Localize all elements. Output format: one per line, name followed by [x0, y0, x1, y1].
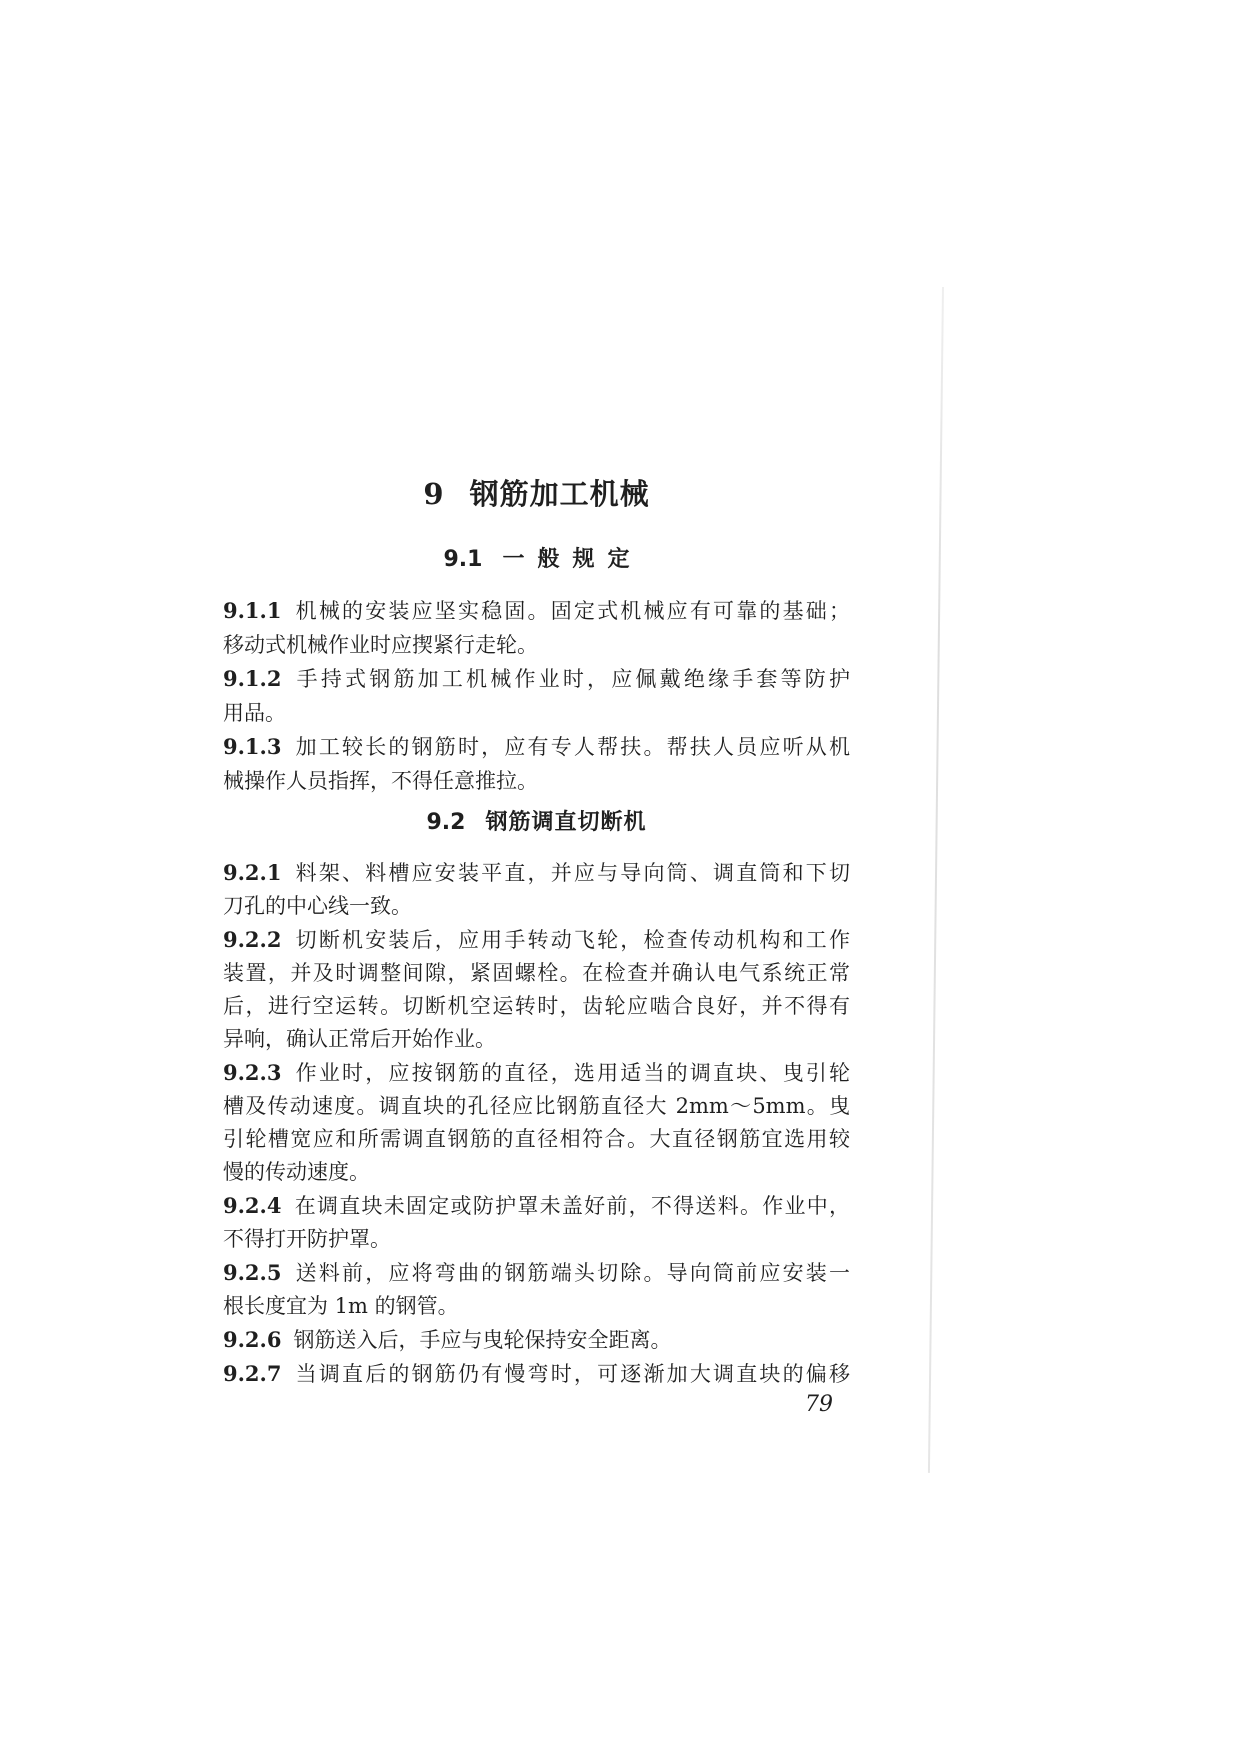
clause-number: 9.2.3: [223, 1060, 281, 1085]
clause-line: 不得打开防护罩。: [223, 1223, 850, 1256]
clause-line: 9.2.4在调直块未固定或防护罩未盖好前，不得送料。作业中，: [223, 1189, 850, 1223]
clause-line: 9.1.1机械的安装应坚实稳固。固定式机械应有可靠的基础；: [223, 594, 850, 628]
clause-line: 根长度宜为 1m 的钢管。: [223, 1290, 850, 1323]
section-9-1-body: 9.1.1机械的安装应坚实稳固。固定式机械应有可靠的基础； 移动式机械作业时应揳…: [223, 594, 850, 798]
clause-line: 9.2.3作业时，应按钢筋的直径，选用适当的调直块、曳引轮: [223, 1056, 850, 1090]
clause-number: 9.1.3: [223, 734, 281, 759]
section-number: 9.2: [427, 810, 466, 835]
clause-text: 料架、料槽应安装平直，并应与导向筒、调直筒和下切: [293, 861, 850, 885]
clause-number: 9.2.4: [223, 1193, 281, 1218]
clause-line: 9.2.1料架、料槽应安装平直，并应与导向筒、调直筒和下切: [223, 856, 850, 890]
section-heading-9-1: 9.1一般规定: [223, 545, 850, 575]
clause-text: 机械的安装应坚实稳固。固定式机械应有可靠的基础；: [293, 599, 850, 623]
clause-line: 异响，确认正常后开始作业。: [223, 1023, 850, 1056]
clause-line: 移动式机械作业时应揳紧行走轮。: [223, 628, 850, 662]
chapter-title: 9钢筋加工机械: [223, 472, 850, 516]
section-heading-9-2: 9.2钢筋调直切断机: [223, 808, 850, 838]
clause-text: 送料前，应将弯曲的钢筋端头切除。导向筒前应安装一: [293, 1261, 850, 1285]
page-number: 79: [763, 1390, 833, 1420]
clause-text: 手持式钢筋加工机械作业时，应佩戴绝缘手套等防护: [293, 667, 850, 691]
clause-line: 引轮槽宽应和所需调直钢筋的直径相符合。大直径钢筋宜选用较: [223, 1123, 850, 1156]
clause-number: 9.2.6: [223, 1327, 281, 1352]
clause-number: 9.1.1: [223, 598, 281, 623]
section-9-2-body: 9.2.1料架、料槽应安装平直，并应与导向筒、调直筒和下切 刀孔的中心线一致。 …: [223, 856, 850, 1391]
clause-line: 9.2.7当调直后的钢筋仍有慢弯时，可逐渐加大调直块的偏移: [223, 1357, 850, 1391]
clause-line: 9.2.5送料前，应将弯曲的钢筋端头切除。导向筒前应安装一: [223, 1256, 850, 1290]
document-page: 9钢筋加工机械 9.1一般规定 9.1.1机械的安装应坚实稳固。固定式机械应有可…: [0, 0, 1240, 1754]
section-title-text: 一般规定: [502, 547, 642, 572]
clause-text: 加工较长的钢筋时，应有专人帮扶。帮扶人员应听从机: [293, 735, 850, 759]
clause-line: 9.2.2切断机安装后，应用手转动飞轮，检查传动机构和工作: [223, 923, 850, 957]
clause-line: 9.1.3加工较长的钢筋时，应有专人帮扶。帮扶人员应听从机: [223, 730, 850, 764]
scan-page-edge-line: [928, 287, 944, 1473]
clause-text: 当调直后的钢筋仍有慢弯时，可逐渐加大调直块的偏移: [293, 1362, 850, 1386]
clause-text: 切断机安装后，应用手转动飞轮，检查传动机构和工作: [293, 928, 850, 952]
clause-number: 9.2.1: [223, 860, 281, 885]
section-number: 9.1: [444, 547, 483, 572]
clause-text: 作业时，应按钢筋的直径，选用适当的调直块、曳引轮: [293, 1061, 850, 1085]
clause-text: 钢筋送入后，手应与曳轮保持安全距离。: [293, 1328, 671, 1352]
clause-line: 后，进行空运转。切断机空运转时，齿轮应啮合良好，并不得有: [223, 990, 850, 1023]
clause-line: 槽及传动速度。调直块的孔径应比钢筋直径大 2mm～5mm。曳: [223, 1090, 850, 1123]
clause-number: 9.2.2: [223, 927, 281, 952]
clause-line: 刀孔的中心线一致。: [223, 890, 850, 923]
clause-text: 在调直块未固定或防护罩未盖好前，不得送料。作业中，: [293, 1194, 850, 1218]
clause-line: 9.2.6钢筋送入后，手应与曳轮保持安全距离。: [223, 1323, 850, 1357]
clause-line: 慢的传动速度。: [223, 1156, 850, 1189]
clause-number: 9.1.2: [223, 666, 281, 691]
clause-number: 9.2.5: [223, 1260, 281, 1285]
clause-line: 械操作人员指挥，不得任意推拉。: [223, 764, 850, 798]
clause-number: 9.2.7: [223, 1361, 281, 1386]
clause-line: 装置，并及时调整间隙，紧固螺栓。在检查并确认电气系统正常: [223, 957, 850, 990]
section-title-text: 钢筋调直切断机: [485, 810, 646, 835]
clause-line: 用品。: [223, 696, 850, 730]
chapter-title-text: 钢筋加工机械: [470, 477, 650, 511]
clause-line: 9.1.2手持式钢筋加工机械作业时，应佩戴绝缘手套等防护: [223, 662, 850, 696]
chapter-number: 9: [423, 477, 443, 511]
